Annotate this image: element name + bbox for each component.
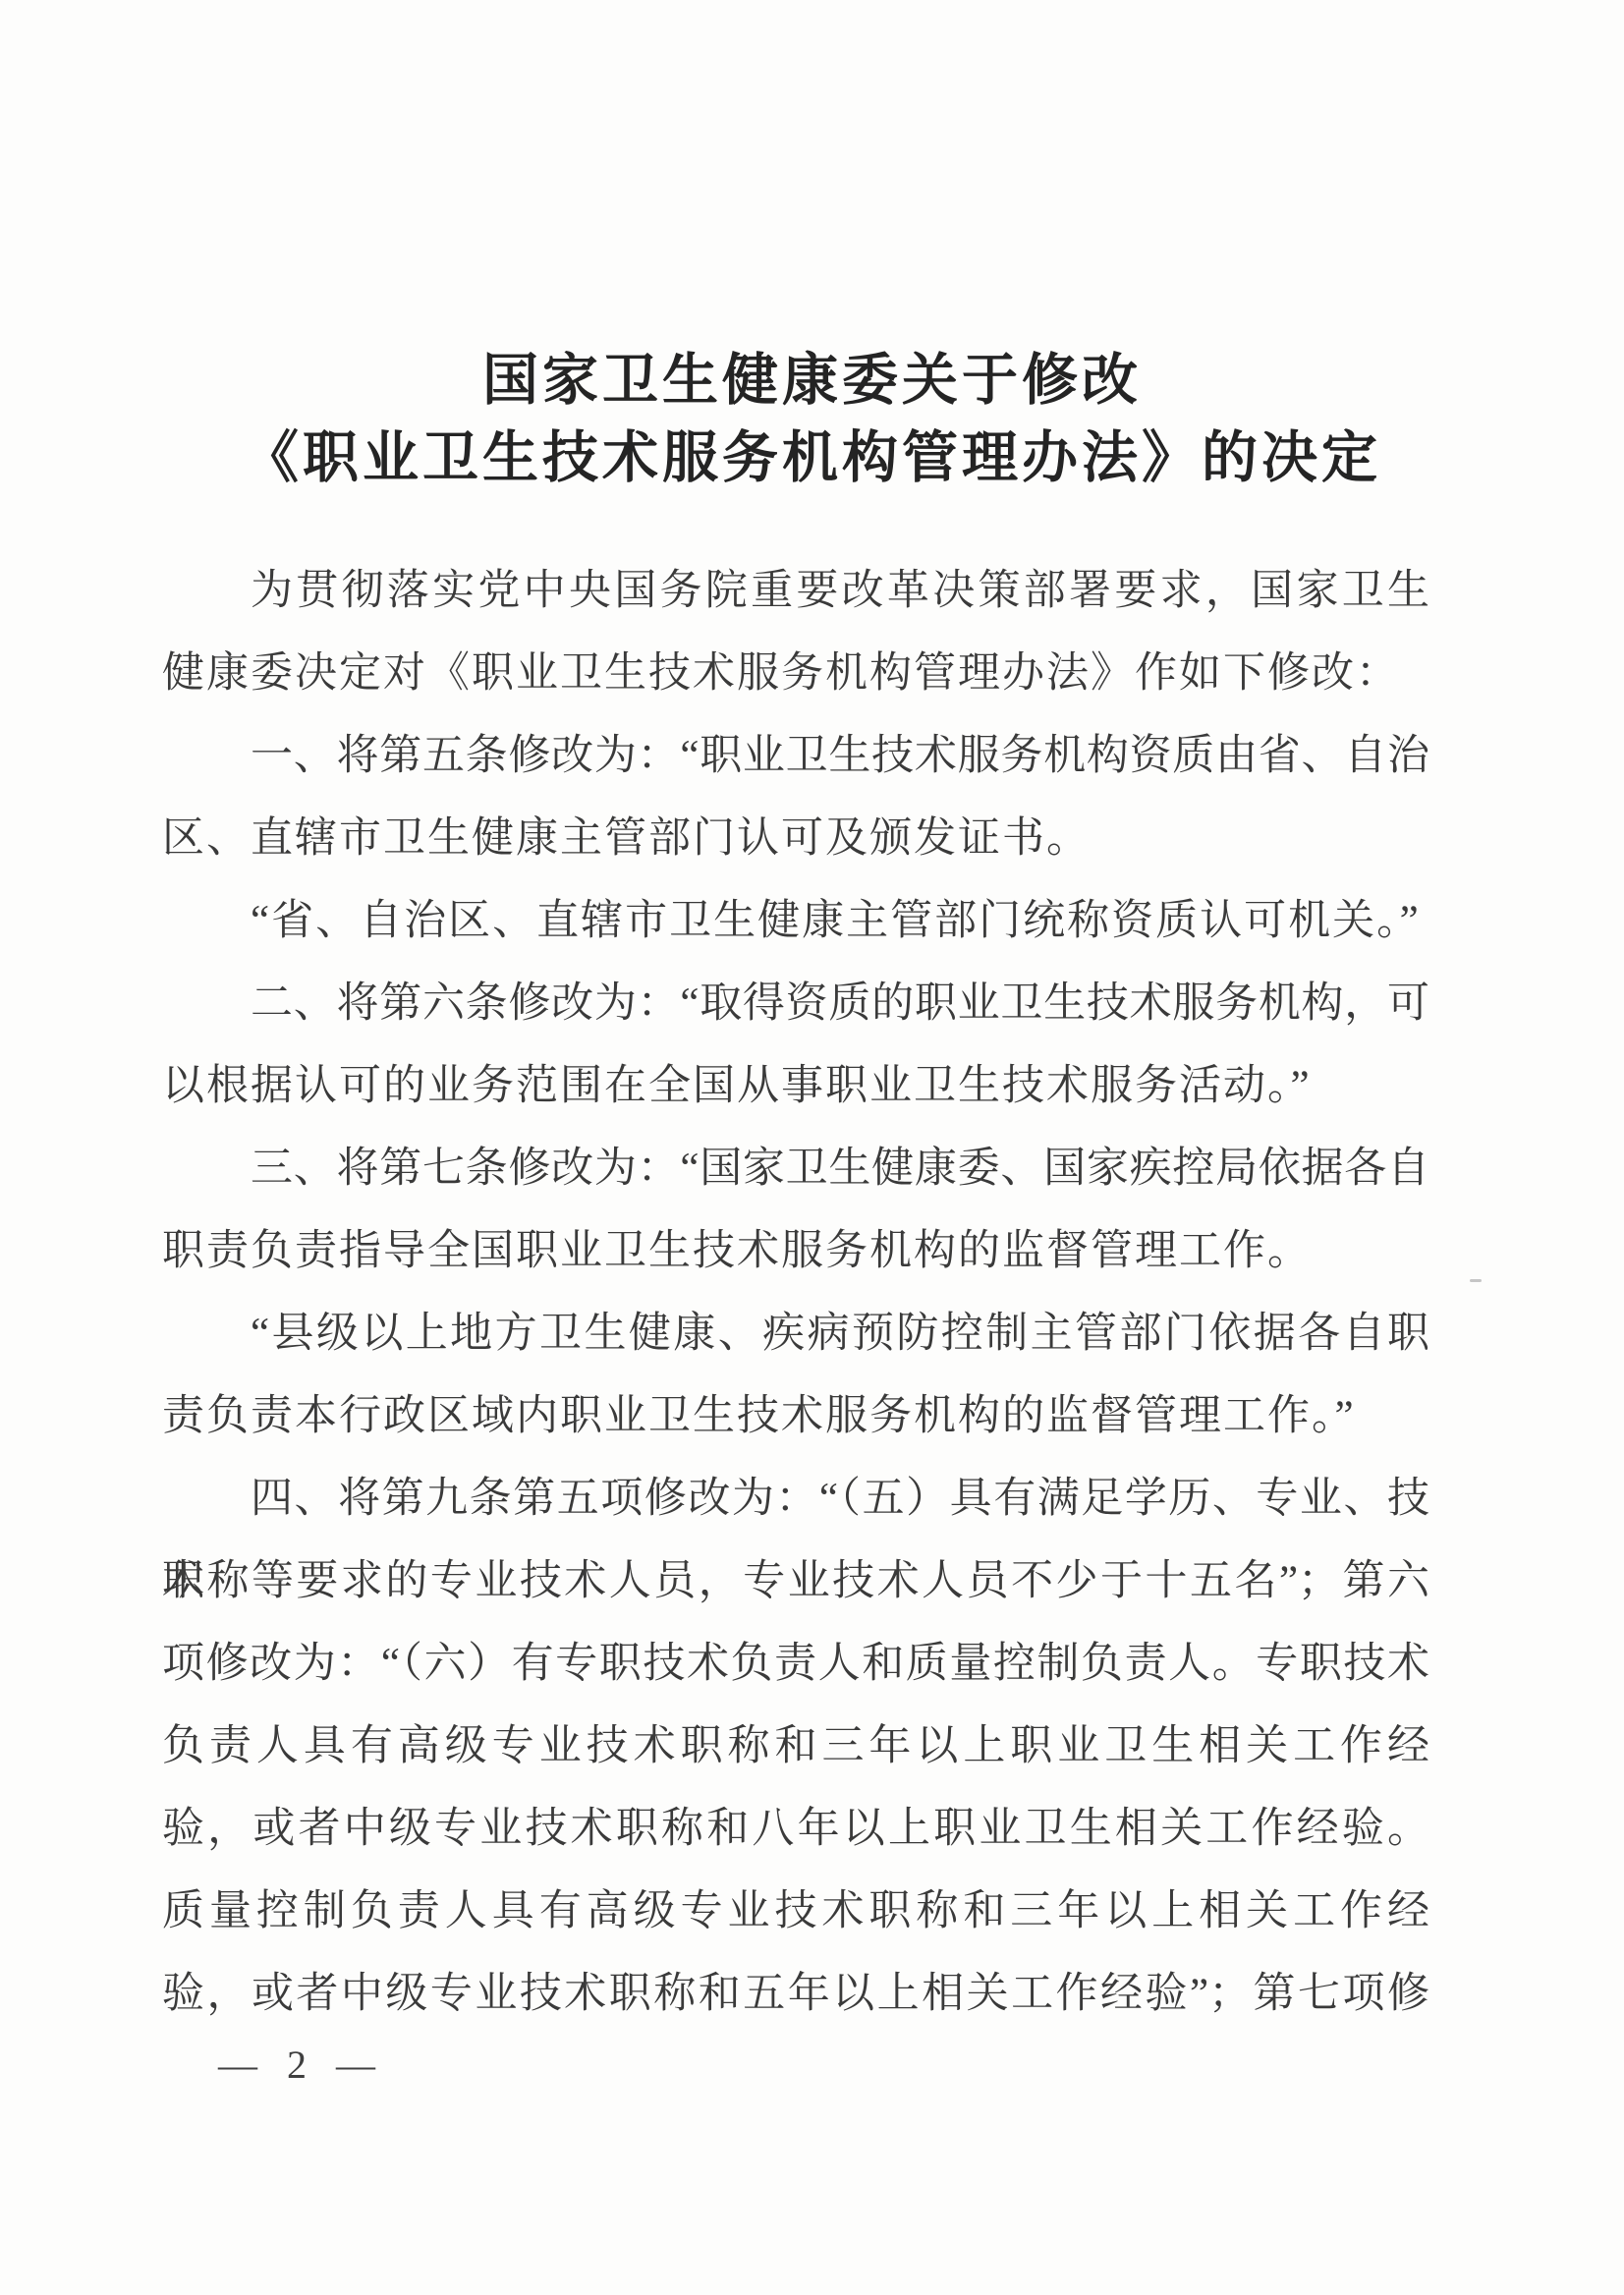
body-line: 责负责本行政区域内职业卫生技术服务机构的监督管理工作。” <box>162 1375 1429 1458</box>
body-line: 为贯彻落实党中央国务院重要改革决策部署要求，国家卫生 <box>162 550 1429 633</box>
body-line: 项修改为：“（六）有专职技术负责人和质量控制负责人。专职技术 <box>162 1623 1429 1706</box>
body-line: 验，或者中级专业技术职称和五年以上相关工作经验”；第七项修 <box>162 1953 1429 2036</box>
body-line: 一、将第五条修改为：“职业卫生技术服务机构资质由省、自治 <box>162 715 1429 798</box>
body-line: 健康委决定对《职业卫生技术服务机构管理办法》作如下修改： <box>162 633 1429 715</box>
body-line: 职称等要求的专业技术人员，专业技术人员不少于十五名”；第六 <box>162 1540 1429 1623</box>
body-line: 四、将第九条第五项修改为：“（五）具有满足学历、专业、技术 <box>162 1458 1429 1540</box>
body-line: 三、将第七条修改为：“国家卫生健康委、国家疾控局依据各自 <box>162 1128 1429 1210</box>
body-line: 验，或者中级专业技术职称和八年以上职业卫生相关工作经验。 <box>162 1788 1429 1871</box>
body-line: “县级以上地方卫生健康、疾病预防控制主管部门依据各自职 <box>162 1293 1429 1375</box>
document-title-line-1: 国家卫生健康委关于修改 <box>0 342 1624 420</box>
body-line: 二、将第六条修改为：“取得资质的职业卫生技术服务机构，可 <box>162 963 1429 1045</box>
body-line: “省、自治区、直辖市卫生健康主管部门统称资质认可机关。” <box>162 880 1429 963</box>
body-line: 以根据认可的业务范围在全国从事职业卫生技术服务活动。” <box>162 1045 1429 1128</box>
document-page: 国家卫生健康委关于修改 《职业卫生技术服务机构管理办法》的决定 为贯彻落实党中央… <box>0 0 1624 2295</box>
document-title-line-2: 《职业卫生技术服务机构管理办法》的决定 <box>0 420 1624 497</box>
body-line: 职责负责指导全国职业卫生技术服务机构的监督管理工作。 <box>162 1210 1429 1293</box>
document-body: 为贯彻落实党中央国务院重要改革决策部署要求，国家卫生 健康委决定对《职业卫生技术… <box>162 550 1429 2036</box>
body-line: 质量控制负责人具有高级专业技术职称和三年以上相关工作经 <box>162 1871 1429 1953</box>
body-line: 负责人具有高级专业技术职称和三年以上职业卫生相关工作经 <box>162 1706 1429 1788</box>
document-title: 国家卫生健康委关于修改 《职业卫生技术服务机构管理办法》的决定 <box>0 342 1624 497</box>
body-line: 区、直辖市卫生健康主管部门认可及颁发证书。 <box>162 798 1429 880</box>
page-number: — 2 — <box>218 2042 385 2088</box>
scan-artifact-mark <box>1470 1279 1482 1282</box>
